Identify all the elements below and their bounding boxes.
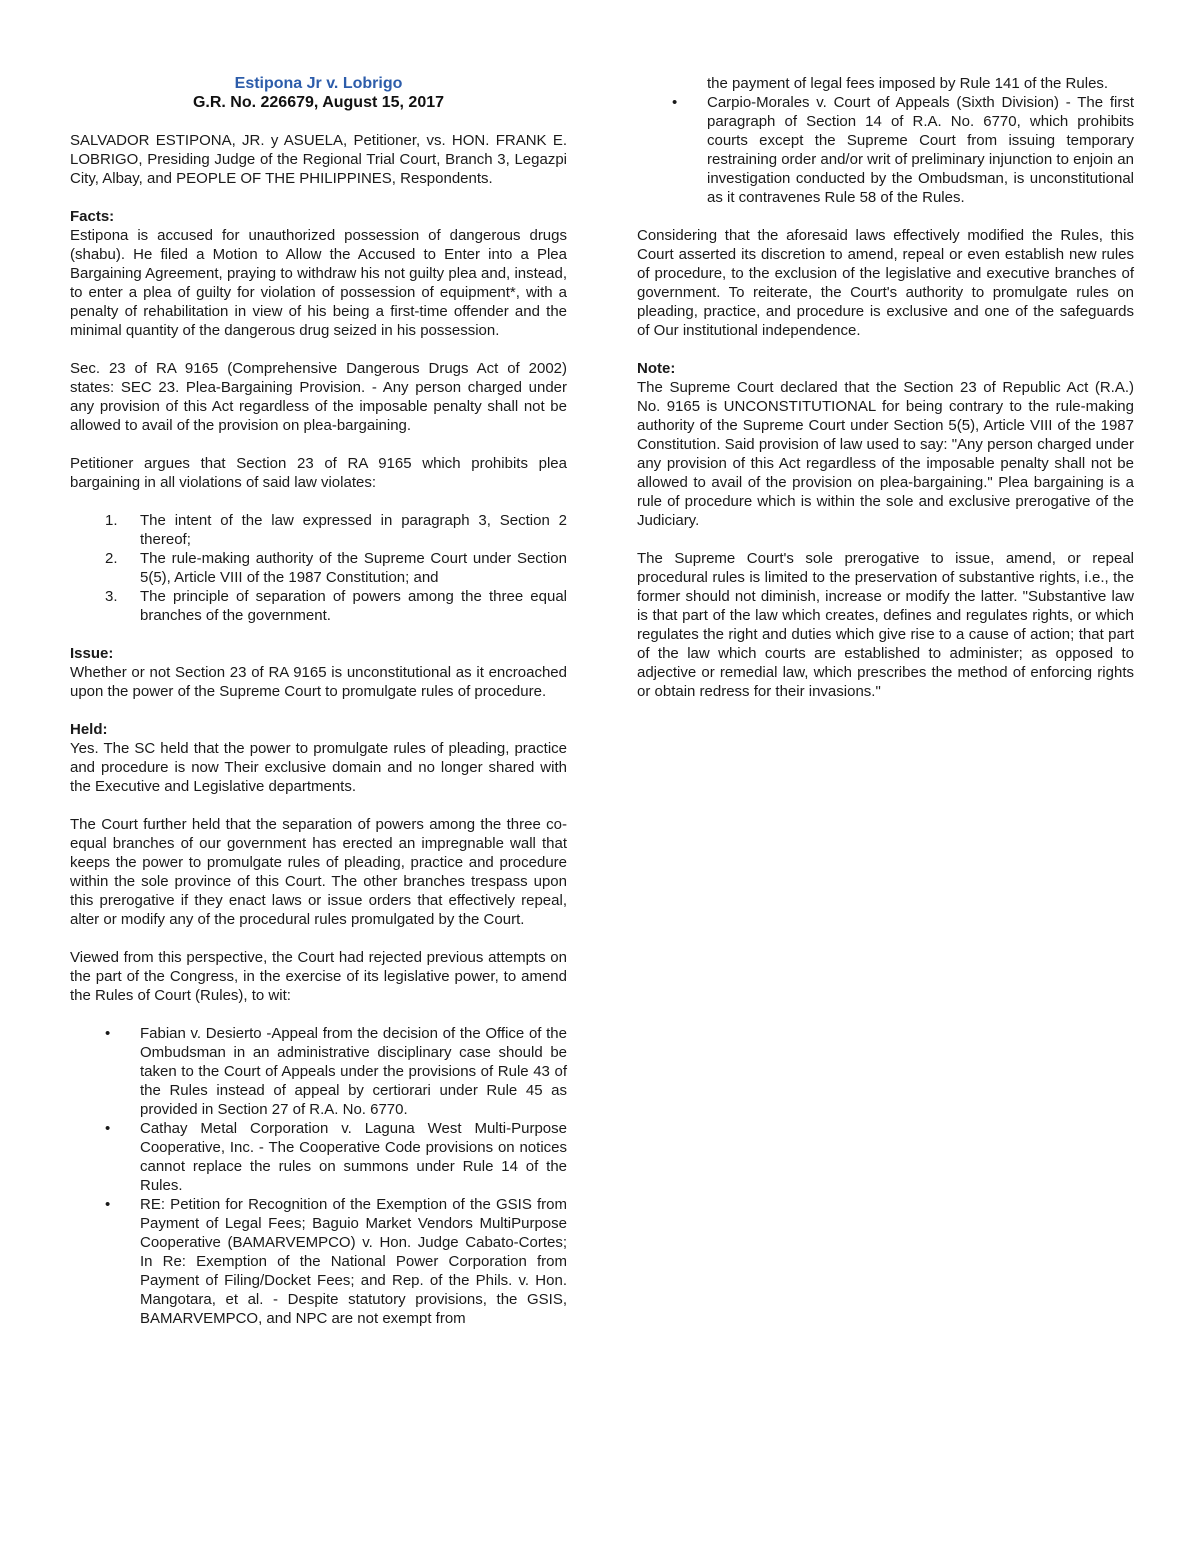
facts-paragraph: Estipona is accused for unauthorized pos… — [70, 226, 567, 340]
note-heading: Note: — [637, 359, 1134, 378]
separation-of-powers-paragraph: The Court further held that the separati… — [70, 815, 567, 929]
number-marker: 2. — [105, 549, 118, 568]
bullet-marker: • — [105, 1024, 110, 1043]
document-page: Estipona Jr v. Lobrigo G.R. No. 226679, … — [0, 0, 1200, 1553]
list-item: • Cathay Metal Corporation v. Laguna Wes… — [70, 1119, 567, 1195]
precedents-bullet-list-continued: • Carpio-Morales v. Court of Appeals (Si… — [637, 93, 1134, 207]
petitioner-argument-paragraph: Petitioner argues that Section 23 of RA … — [70, 454, 567, 492]
rejected-attempts-paragraph: Viewed from this perspective, the Court … — [70, 948, 567, 1005]
number-marker: 3. — [105, 587, 118, 606]
held-paragraph: Yes. The SC held that the power to promu… — [70, 739, 567, 796]
two-column-layout: Estipona Jr v. Lobrigo G.R. No. 226679, … — [70, 74, 1134, 1328]
list-item-text: The intent of the law expressed in parag… — [140, 512, 567, 548]
statute-paragraph: Sec. 23 of RA 9165 (Comprehensive Danger… — [70, 359, 567, 435]
list-item: 3. The principle of separation of powers… — [70, 587, 567, 625]
note-paragraph-2: The Supreme Court's sole prerogative to … — [637, 549, 1134, 701]
list-item: • RE: Petition for Recognition of the Ex… — [70, 1195, 567, 1328]
bullet-marker: • — [105, 1119, 110, 1138]
case-citation: G.R. No. 226679, August 15, 2017 — [70, 93, 567, 112]
held-heading: Held: — [70, 720, 567, 739]
considering-paragraph: Considering that the aforesaid laws effe… — [637, 226, 1134, 340]
list-item-text: Carpio-Morales v. Court of Appeals (Sixt… — [707, 94, 1134, 206]
right-column: the payment of legal fees imposed by Rul… — [637, 74, 1134, 1328]
list-item: • Fabian v. Desierto -Appeal from the de… — [70, 1024, 567, 1119]
bullet-marker: • — [105, 1195, 110, 1214]
parties-paragraph: SALVADOR ESTIPONA, JR. y ASUELA, Petitio… — [70, 131, 567, 188]
list-item-text: Fabian v. Desierto -Appeal from the deci… — [140, 1025, 567, 1118]
left-column: Estipona Jr v. Lobrigo G.R. No. 226679, … — [70, 74, 567, 1328]
bullet-marker: • — [672, 93, 677, 112]
list-item-text: The rule-making authority of the Supreme… — [140, 550, 567, 586]
number-marker: 1. — [105, 511, 118, 530]
list-item-text: RE: Petition for Recognition of the Exem… — [140, 1196, 567, 1327]
facts-heading: Facts: — [70, 207, 567, 226]
case-title: Estipona Jr v. Lobrigo — [70, 74, 567, 93]
violations-numbered-list: 1. The intent of the law expressed in pa… — [70, 511, 567, 625]
bullet-continuation-text: the payment of legal fees imposed by Rul… — [637, 74, 1134, 93]
note-paragraph-1: The Supreme Court declared that the Sect… — [637, 378, 1134, 530]
list-item: 2. The rule-making authority of the Supr… — [70, 549, 567, 587]
list-item-text: Cathay Metal Corporation v. Laguna West … — [140, 1120, 567, 1194]
precedents-bullet-list: • Fabian v. Desierto -Appeal from the de… — [70, 1024, 567, 1328]
list-item: 1. The intent of the law expressed in pa… — [70, 511, 567, 549]
issue-heading: Issue: — [70, 644, 567, 663]
list-item: • Carpio-Morales v. Court of Appeals (Si… — [637, 93, 1134, 207]
issue-paragraph: Whether or not Section 23 of RA 9165 is … — [70, 663, 567, 701]
list-item-text: The principle of separation of powers am… — [140, 588, 567, 624]
